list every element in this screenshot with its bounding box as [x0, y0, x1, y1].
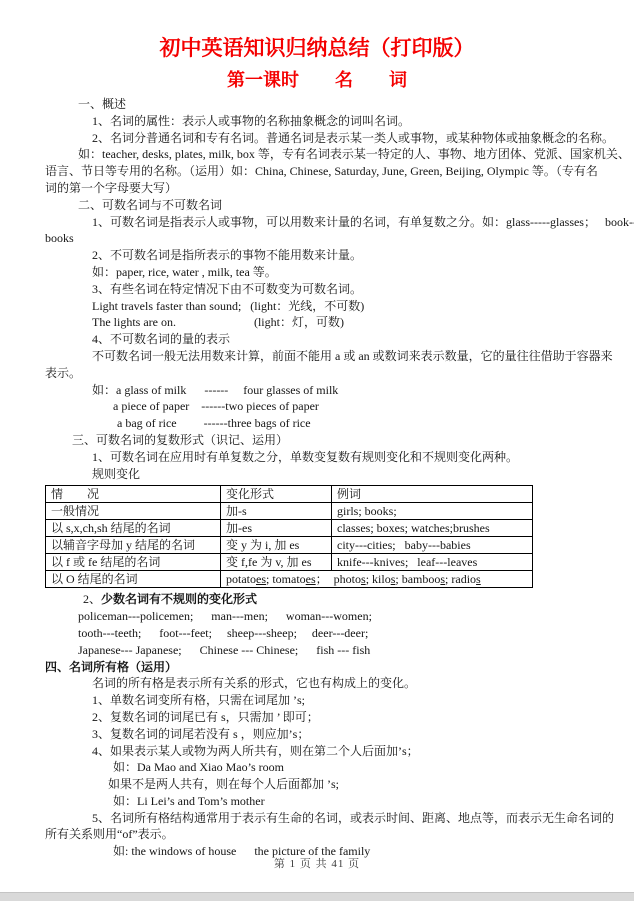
- example-word: ; radio: [445, 572, 476, 586]
- table-cell: classes; boxes; watches;brushes: [332, 520, 533, 537]
- page-title: 初中英语知识归纳总结（打印版）: [0, 0, 634, 62]
- text-line: 不可数名词一般无法用数来计算，前面不能用 a 或 an 或数词来表示数量，它的量…: [92, 348, 594, 365]
- text-line: 词的第一个字母要大写）: [45, 180, 594, 197]
- content-bottom: 2、少数名词有不规则的变化形式policeman---policemen; ma…: [45, 591, 594, 860]
- text-line: 一、概述: [78, 96, 594, 113]
- viewer-bottom-bar: [0, 892, 634, 901]
- table-cell: 以 f 或 fe 结尾的名词: [46, 554, 221, 571]
- text-line: 4、如果表示某人或物为两人所共有，则在第二个人后面加’s；: [92, 743, 594, 760]
- text-line: tooth---teeth; foot---feet; sheep---shee…: [78, 625, 594, 642]
- text-line: 名词的所有格是表示所有关系的形式，它也有构成上的变化。: [92, 675, 594, 692]
- text-line: 如：Da Mao and Xiao Mao’s room: [113, 759, 594, 776]
- table-cell: knife---knives; leaf---leaves: [332, 554, 533, 571]
- text-line: 表示。: [45, 365, 594, 382]
- document-page: 初中英语知识归纳总结（打印版） 第一课时 名 词 一、概述1、名词的属性：表示人…: [0, 0, 634, 901]
- underlined-suffix: s: [476, 572, 481, 586]
- table-cell: 加-s: [221, 503, 332, 520]
- text-line: 1、名词的属性：表示人或事物的名称抽象概念的词叫名词。: [92, 113, 594, 130]
- table-cell-merged: potatoes; tomatoes； photos; kilos; bambo…: [221, 571, 533, 588]
- example-word: ； photo: [316, 572, 361, 586]
- text-line: 所有关系则用“of”表示。: [45, 826, 594, 843]
- table-header-cell: 例词: [332, 486, 533, 503]
- table-cell: 一般情况: [46, 503, 221, 520]
- list-number: 2、: [83, 592, 101, 606]
- section-heading-line: 四、名词所有格（运用）: [45, 659, 594, 676]
- example-word: ; kilo: [366, 572, 391, 586]
- text-line: 3、复数名词的词尾若没有 s ，则应加’s；: [92, 726, 594, 743]
- table-row: 以 f 或 fe 结尾的名词变 f,fe 为 v, 加 esknife---kn…: [46, 554, 533, 571]
- table-cell: 以辅音字母加 y 结尾的名词: [46, 537, 221, 554]
- text-line: 规则变化: [92, 466, 594, 483]
- underlined-suffix: es: [256, 572, 266, 586]
- text-line: 三、可数名词的复数形式（识记、运用）: [72, 432, 594, 449]
- text-line: 如果不是两人共有，则在每个人后面都加 ’s;: [108, 776, 594, 793]
- text-line: 二、可数名词与不可数名词: [78, 197, 594, 214]
- table-cell: 变 f,fe 为 v, 加 es: [221, 554, 332, 571]
- table-cell: 变 y 为 i, 加 es: [221, 537, 332, 554]
- table-header-cell: 情 况: [46, 486, 221, 503]
- text-line: Light travels faster than sound; (light：…: [92, 298, 594, 315]
- table-row: 以 O 结尾的名词potatoes; tomatoes； photos; kil…: [46, 571, 533, 588]
- text-line: 如：Li Lei’s and Tom’s mother: [113, 793, 594, 810]
- text-line: a piece of paper ------two pieces of pap…: [113, 398, 594, 415]
- table-cell: girls; books;: [332, 503, 533, 520]
- text-line: 语言、节日等专用的名称。（运用）如：China, Chinese, Saturd…: [45, 163, 594, 180]
- text-line: 如：teacher, desks, plates, milk, box 等，专有…: [78, 146, 594, 163]
- table-row: 一般情况加-sgirls; books;: [46, 503, 533, 520]
- table-cell: 以 s,x,ch,sh 结尾的名词: [46, 520, 221, 537]
- text-line: Japanese--- Japanese; Chinese --- Chines…: [78, 642, 594, 659]
- text-line: 1、可数名词是指表示人或事物，可以用数来计量的名词，有单复数之分。如：glass…: [92, 214, 594, 231]
- table-cell: 以 O 结尾的名词: [46, 571, 221, 588]
- text-line: 1、单数名词变所有格，只需在词尾加 ’s;: [92, 692, 594, 709]
- heading-text: 少数名词有不规则的变化形式: [101, 592, 257, 606]
- text-line: The lights are on. (light：灯，可数): [92, 314, 594, 331]
- text-line: 2、复数名词的词尾已有 s，只需加 ’ 即可；: [92, 709, 594, 726]
- table-header-cell: 变化形式: [221, 486, 332, 503]
- table-cell: 加-es: [221, 520, 332, 537]
- text-line: 4、不可数名词的量的表示: [92, 331, 594, 348]
- table-header-row: 情 况变化形式例词: [46, 486, 533, 503]
- text-line: 1、可数名词在应用时有单复数之分，单数变复数有规则变化和不规则变化两种。: [92, 449, 594, 466]
- table-cell: city---cities; baby---babies: [332, 537, 533, 554]
- example-word: ; tomato: [266, 572, 306, 586]
- underlined-suffix: es: [306, 572, 316, 586]
- text-line: 2、名词分普通名词和专有名词。普通名词是表示某一类人或事物，或某种物体或抽象概念…: [92, 130, 594, 147]
- section-heading-line: 2、少数名词有不规则的变化形式: [83, 591, 594, 608]
- table-row: 以辅音字母加 y 结尾的名词变 y 为 i, 加 escity---cities…: [46, 537, 533, 554]
- example-word: ; bamboo: [395, 572, 440, 586]
- content-top: 一、概述1、名词的属性：表示人或事物的名称抽象概念的词叫名词。2、名词分普通名词…: [45, 96, 594, 482]
- text-line: books: [45, 230, 594, 247]
- text-line: a bag of rice ------three bags of rice: [117, 415, 594, 432]
- text-line: policeman---policemen; man---men; woman-…: [78, 608, 594, 625]
- text-line: 如：paper, rice, water , milk, tea 等。: [92, 264, 594, 281]
- text-line: 2、不可数名词是指所表示的事物不能用数来计量。: [92, 247, 594, 264]
- text-line: 5、名词所有格结构通常用于表示有生命的名词，或表示时间、距离、地点等，而表示无生…: [92, 810, 594, 827]
- text-line: 如：a glass of milk ------ four glasses of…: [92, 382, 594, 399]
- page-subtitle: 第一课时 名 词: [0, 67, 634, 93]
- example-word: potato: [226, 572, 256, 586]
- page-number: 第 1 页 共 41 页: [0, 855, 634, 871]
- table-row: 以 s,x,ch,sh 结尾的名词加-esclasses; boxes; wat…: [46, 520, 533, 537]
- text-line: 3、有些名词在特定情况下由不可数变为可数名词。: [92, 281, 594, 298]
- plural-rules-table: 情 况变化形式例词一般情况加-sgirls; books;以 s,x,ch,sh…: [45, 485, 533, 588]
